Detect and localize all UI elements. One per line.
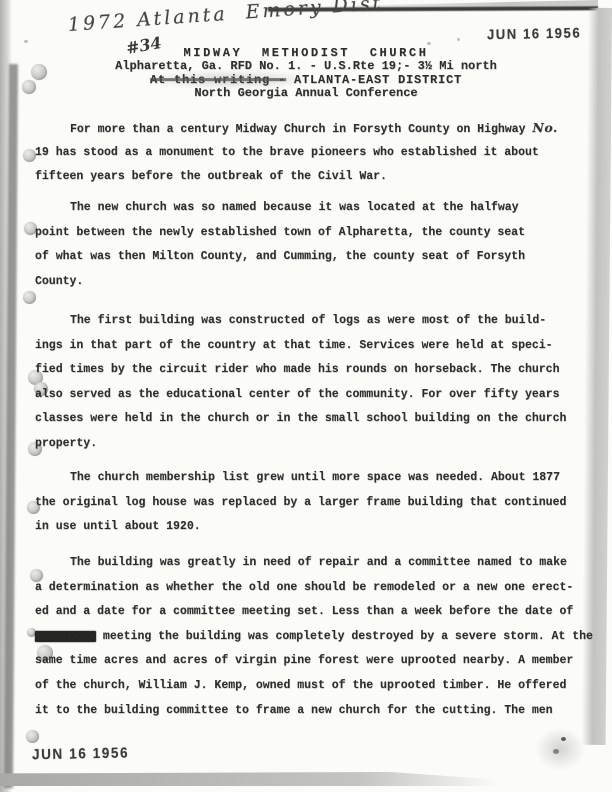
text-line: County. [35, 270, 591, 295]
smudge-mark [535, 727, 585, 771]
text-line: fifteen years before the outbreak of the… [35, 165, 591, 190]
text-line: of the church, William J. Kemp, owned mu… [35, 674, 591, 699]
text-line: point between the newly established town… [35, 221, 591, 246]
text-line: the original log house was replaced by a… [35, 491, 591, 516]
handwritten-no: No. [532, 120, 557, 135]
document-district-line: At this writing - ATLANTA-EAST DISTRICT [30, 74, 582, 87]
text-line: classes were held in the church or in th… [35, 407, 591, 432]
paragraph-2: The new church was so named because it w… [35, 196, 591, 294]
paragraph-4: The church membership list grew until mo… [35, 466, 591, 540]
document-header: MIDWAY METHODIST CHURCH Alpharetta, Ga. … [30, 47, 582, 101]
text-line: The church membership list grew until mo… [35, 466, 591, 491]
text-line: The new church was so named because it w… [35, 196, 591, 221]
ink-speck [457, 38, 460, 41]
date-stamp-bottom: JUN 16 1956 [32, 744, 129, 762]
district-name: ATLANTA-EAST DISTRICT [286, 73, 462, 87]
text-line: property. [35, 432, 591, 457]
text-line: ings in that part of the country at that… [35, 334, 591, 359]
text-line: xxxxxxxxxx meeting the building was comp… [35, 625, 591, 650]
ink-speck [24, 40, 28, 43]
date-stamp-top: JUN 16 1956 [487, 25, 581, 43]
document-conference-line: North Georgia Annual Conference [30, 87, 582, 100]
text-line: fied times by the circuit rider who made… [35, 358, 591, 383]
ink-speck [427, 42, 431, 45]
text-line: it to the building committee to frame a … [35, 699, 591, 724]
paragraph-5: The building was greatly in need of repa… [35, 551, 591, 723]
handwritten-annotation: 1972 Atlanta Emory Dist [67, 0, 384, 36]
document-title: MIDWAY METHODIST CHURCH [30, 47, 582, 60]
text-line: also served as the educational center of… [35, 383, 591, 408]
paragraph-3: The first building was constructed of lo… [35, 309, 591, 457]
blacked-out-word: xxxxxxxxxx [35, 631, 96, 642]
text-line: of what was then Milton County, and Cumm… [35, 245, 591, 270]
bottom-edge-shadow [0, 772, 500, 786]
text-line: The building was greatly in need of repa… [35, 551, 591, 576]
struck-district-prefix: At this writing - [150, 73, 286, 87]
text-line: The first building was constructed of lo… [35, 309, 591, 334]
text-line: in use until about 1920. [35, 515, 591, 540]
scanned-document-page: { "ink_color": "#2d2d2b", "pencil_color"… [0, 0, 612, 792]
text-line: For more than a century Midway Church in… [35, 116, 591, 141]
text-line: 19 has stood as a monument to the brave … [35, 141, 591, 166]
hole-punch-mark [26, 730, 39, 743]
text-line: a determination as whether the old one s… [35, 576, 591, 601]
text-line: same time acres and acres of virgin pine… [35, 649, 591, 674]
paragraph-1: For more than a century Midway Church in… [35, 116, 591, 190]
document-address-line: Alpharetta, Ga. RFD No. 1. - U.S.Rte 19;… [30, 60, 582, 73]
text-line: ed and a date for a committee meeting se… [35, 600, 591, 625]
